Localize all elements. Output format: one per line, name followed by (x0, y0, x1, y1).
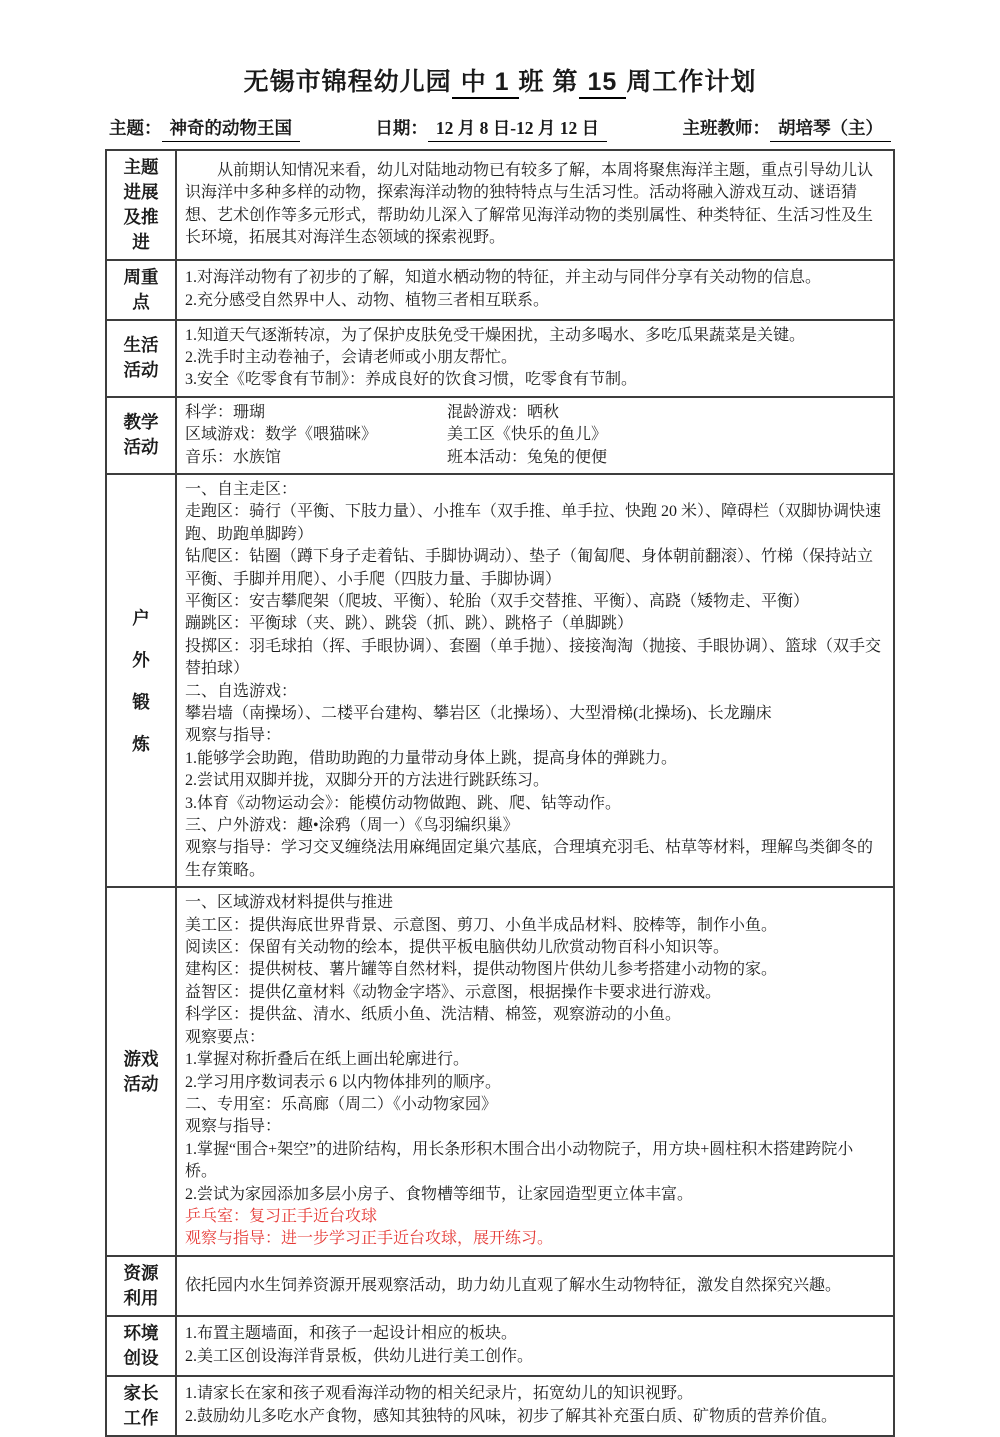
text-line: 钻爬区：钻圈（蹲下身子走着钻、手脚协调动）、垫子（匍匐爬、身体朝前翻滚）、竹梯（… (185, 546, 885, 591)
text-line: 音乐：水族馆 (185, 447, 447, 469)
row-label-resources: 资源利用 (122, 1261, 160, 1311)
text-line: 2.尝试用双脚并拢，双脚分开的方法进行跳跃练习。 (185, 770, 885, 792)
row-resource-use: 资源利用 依托园内水生饲养资源开展观察活动，助力幼儿直观了解水生动物特征，激发自… (106, 1256, 894, 1316)
title-part1: 无锡市锦程幼儿园 (244, 68, 452, 96)
theme-progress-text: 从前期认知情况来看，幼儿对陆地动物已有较多了解，本周将聚焦海洋主题，重点引导幼儿… (185, 160, 885, 250)
row-label-theme-progress: 主题进展及推进 (122, 155, 160, 255)
text-line: 走跑区：骑行（平衡、下肢力量）、小推车（双手推、单手拉、快跑 20 米）、障碍栏… (185, 501, 885, 546)
row-game-activities: 游戏活动 一、区域游戏材料提供与推进 美工区：提供海底世界背景、示意图、剪刀、小… (106, 887, 894, 1256)
text-line: 2.美工区创设海洋背景板，供幼儿进行美工创作。 (185, 1346, 885, 1368)
text-line: 2.鼓励幼儿多吃水产食物，感知其独特的风味，初步了解其补充蛋白质、矿物质的营养价… (185, 1406, 885, 1428)
row-label-teaching: 教学活动 (122, 410, 160, 460)
row-label-environment: 环境创设 (122, 1321, 160, 1371)
row-parent-work: 家长工作 1.请家长在家和孩子观看海洋动物的相关纪录片，拓宽幼儿的知识视野。 2… (106, 1376, 894, 1436)
text-line: 观察与指导： (185, 1116, 885, 1138)
text-line: 观察要点： (185, 1027, 885, 1049)
text-line: 2.充分感受自然界中人、动物、植物三者相互联系。 (185, 290, 885, 312)
text-line: 2.尝试为家园添加多层小房子、食物槽等细节，让家园造型更立体丰富。 (185, 1184, 885, 1206)
page-title: 无锡市锦程幼儿园中 1班 第15周工作计划 (105, 62, 895, 99)
text-line: 1.掌握对称折叠后在纸上画出轮廓进行。 (185, 1049, 885, 1071)
topic-label: 主题： (109, 118, 162, 138)
meta-teacher: 主班教师：胡培琴（主） (682, 115, 891, 142)
plan-table: 主题进展及推进 从前期认知情况来看，幼儿对陆地动物已有较多了解，本周将聚焦海洋主… (105, 149, 895, 1437)
row-outdoor-exercise: 户外锻炼 一、自主走区： 走跑区：骑行（平衡、下肢力量）、小推车（双手推、单手拉… (106, 474, 894, 887)
row-label-parents: 家长工作 (122, 1381, 160, 1431)
row-label-weekly-focus: 周重点 (122, 265, 160, 315)
teaching-columns: 科学：珊瑚 区域游戏：数学《喂猫咪》 音乐：水族馆 混龄游戏：晒秋 美工区《快乐… (185, 402, 885, 469)
text-line: 1.能够学会助跑，借助助跑的力量带动身体上跳，提高身体的弹跳力。 (185, 748, 885, 770)
text-line: 3.安全《吃零食有节制》：养成良好的饮食习惯，吃零食有节制。 (185, 369, 885, 391)
text-line: 美工区《快乐的鱼儿》 (447, 424, 885, 446)
date-label: 日期： (375, 118, 428, 138)
text-line: 科学：珊瑚 (185, 402, 447, 424)
title-part3: 周工作计划 (626, 68, 756, 96)
row-teaching-activities: 教学活动 科学：珊瑚 区域游戏：数学《喂猫咪》 音乐：水族馆 混龄游戏：晒秋 美… (106, 397, 894, 474)
text-line: 一、自主走区： (185, 479, 885, 501)
text-line: 二、专用室：乐高廊（周二）《小动物家园》 (185, 1094, 885, 1116)
text-line: 益智区：提供亿童材料《动物金字塔》、示意图，根据操作卡要求进行游戏。 (185, 982, 885, 1004)
row-theme-progress: 主题进展及推进 从前期认知情况来看，幼儿对陆地动物已有较多了解，本周将聚焦海洋主… (106, 150, 894, 260)
meta-date: 日期：12 月 8 日-12 月 12 日 (375, 115, 607, 142)
row-label-outdoor: 户外锻炼 (131, 597, 151, 765)
text-line: 二、自选游戏： (185, 681, 885, 703)
text-line: 1.掌握“围合+架空”的进阶结构，用长条形积木围合出小动物院子，用方块+圆柱积木… (185, 1139, 885, 1184)
text-line: 1.对海洋动物有了初步的了解，知道水栖动物的特征，并主动与同伴分享有关动物的信息… (185, 267, 885, 289)
teacher-value: 胡培琴（主） (770, 115, 891, 142)
text-line: 平衡区：安吉攀爬架（爬坡、平衡）、轮胎（双手交替推、平衡）、高跷（矮物走、平衡） (185, 591, 885, 613)
text-line: 班本活动：兔兔的便便 (447, 447, 885, 469)
meta-topic: 主题：神奇的动物王国 (109, 115, 300, 142)
text-line: 建构区：提供树枝、薯片罐等自然材料，提供动物图片供幼儿参考搭建小动物的家。 (185, 959, 885, 981)
text-line: 区域游戏：数学《喂猫咪》 (185, 424, 447, 446)
date-value: 12 月 8 日-12 月 12 日 (428, 115, 607, 142)
text-line: 1.知道天气逐渐转凉，为了保护皮肤免受干燥困扰，主动多喝水、多吃瓜果蔬菜是关键。 (185, 325, 885, 347)
text-line: 三、户外游戏：趣•涂鸦（周一）《鸟羽编织巢》 (185, 815, 885, 837)
teacher-label: 主班教师： (682, 118, 770, 138)
text-line: 攀岩墙（南操场）、二楼平台建构、攀岩区（北操场）、大型滑梯(北操场)、长龙蹦床 (185, 703, 885, 725)
row-daily-life: 生活活动 1.知道天气逐渐转凉，为了保护皮肤免受干燥困扰，主动多喝水、多吃瓜果蔬… (106, 320, 894, 397)
teaching-column-2: 混龄游戏：晒秋 美工区《快乐的鱼儿》 班本活动：兔兔的便便 (447, 402, 885, 469)
title-week-number: 15 (579, 69, 627, 99)
teaching-column-1: 科学：珊瑚 区域游戏：数学《喂猫咪》 音乐：水族馆 (185, 402, 447, 469)
row-environment-setup: 环境创设 1.布置主题墙面，和孩子一起设计相应的板块。 2.美工区创设海洋背景板… (106, 1316, 894, 1376)
text-line: 观察与指导：学习交叉缠绕法用麻绳固定巢穴基底，合理填充羽毛、枯草等材料，理解鸟类… (185, 837, 885, 882)
topic-value: 神奇的动物王国 (162, 115, 301, 142)
text-line: 混龄游戏：晒秋 (447, 402, 885, 424)
text-line: 1.请家长在家和孩子观看海洋动物的相关纪录片，拓宽幼儿的知识视野。 (185, 1383, 885, 1405)
document-page: 无锡市锦程幼儿园中 1班 第15周工作计划 主题：神奇的动物王国 日期：12 月… (105, 0, 895, 1437)
text-line: 一、区域游戏材料提供与推进 (185, 892, 885, 914)
text-line: 1.布置主题墙面，和孩子一起设计相应的板块。 (185, 1323, 885, 1345)
text-line: 2.学习用序数词表示 6 以内物体排列的顺序。 (185, 1072, 885, 1094)
text-line: 3.体育《动物运动会》：能模仿动物做跑、跳、爬、钻等动作。 (185, 793, 885, 815)
title-class-number: 中 1 (452, 69, 519, 99)
text-line: 2.洗手时主动卷袖子，会请老师或小朋友帮忙。 (185, 347, 885, 369)
title-part2: 班 第 (519, 68, 579, 96)
row-label-games: 游戏活动 (122, 1047, 160, 1097)
text-line: 观察与指导： (185, 725, 885, 747)
meta-row: 主题：神奇的动物王国 日期：12 月 8 日-12 月 12 日 主班教师：胡培… (109, 115, 891, 142)
row-label-daily-life: 生活活动 (122, 333, 160, 383)
text-line: 科学区：提供盆、清水、纸质小鱼、洗洁精、棉签，观察游动的小鱼。 (185, 1004, 885, 1026)
text-line-red: 观察与指导：进一步学习正手近台攻球，展开练习。 (185, 1228, 885, 1250)
row-weekly-focus: 周重点 1.对海洋动物有了初步的了解，知道水栖动物的特征，并主动与同伴分享有关动… (106, 260, 894, 320)
text-line: 投掷区：羽毛球拍（挥、手眼协调）、套圈（单手抛）、接接淘淘（抛接、手眼协调）、篮… (185, 636, 885, 681)
text-line-red: 乒乓室：复习正手近台攻球 (185, 1206, 885, 1228)
text-line: 阅读区：保留有关动物的绘本，提供平板电脑供幼儿欣赏动物百科小知识等。 (185, 937, 885, 959)
text-line: 美工区：提供海底世界背景、示意图、剪刀、小鱼半成品材料、胶棒等，制作小鱼。 (185, 915, 885, 937)
resources-text: 依托园内水生饲养资源开展观察活动，助力幼儿直观了解水生动物特征，激发自然探究兴趣… (185, 1275, 885, 1297)
text-line: 蹦跳区：平衡球（夹、跳）、跳袋（抓、跳）、跳格子（单脚跳） (185, 613, 885, 635)
